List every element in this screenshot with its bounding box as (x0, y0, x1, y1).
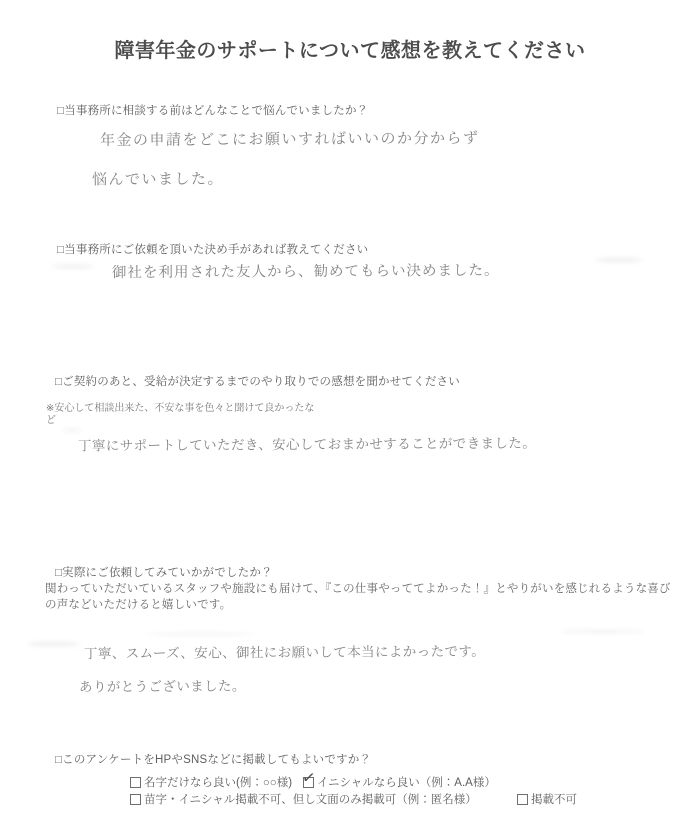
question-4-label: □実際にご依頼してみていかがでしたか？ (55, 564, 273, 580)
publish-option-no-publish: ✓ 掲載不可 (517, 791, 577, 807)
publish-option-family-name-ok: ✓ 名字だけなら良い(例：○○様) (130, 774, 292, 790)
handwritten-answer-2-line-1: 御社を利用された友人から、勧めてもらい決めました。 (112, 259, 500, 282)
question-3-note-line-2: ど (46, 411, 56, 426)
handwritten-answer-1-line-1: 年金の申請をどこにお願いすればいいのか分からず (100, 127, 480, 150)
scan-smudge (52, 264, 94, 269)
question-1-label: □当事務所に相談する前はどんなことで悩んでいましたか？ (57, 102, 368, 118)
scan-smudge (560, 629, 645, 634)
scan-smudge (145, 632, 255, 636)
scan-smudge (595, 257, 643, 263)
page-title: 障害年金のサポートについて感想を教えてください (0, 34, 700, 63)
check-icon: ✓ (301, 767, 317, 789)
question-3-label: □ご契約のあと、受給が決定するまでのやり取りでの感想を聞かせてください (55, 373, 460, 389)
checkbox: ✓ (517, 794, 528, 805)
question-2-label: □当事務所にご依頼を頂いた決め手があれば教えてください (57, 241, 368, 257)
handwritten-answer-4-line-2: ありがとうございました。 (79, 674, 246, 695)
publish-option-text-only: ✓ 苗字・イニシャル掲載不可、但し文面のみ掲載可（例：匿名様） (130, 791, 477, 807)
handwritten-answer-4-line-1: 丁寧、スムーズ、安心、御社にお願いして本当によかったです。 (84, 640, 485, 662)
publish-option-label: 掲載不可 (531, 791, 577, 807)
publish-option-label: イニシャルなら良い（例：A.A様） (317, 774, 496, 790)
scan-smudge (28, 641, 80, 647)
publish-option-initials-ok: ✓ イニシャルなら良い（例：A.A様） (303, 774, 496, 790)
question-5-label: □このアンケートをHPやSNSなどに掲載してもよいですか？ (55, 751, 371, 767)
handwritten-answer-3-line-1: 丁寧にサポートしていただき、安心しておまかせすることができました。 (78, 432, 536, 455)
handwritten-answer-1-line-2: 悩んでいました。 (92, 168, 224, 190)
question-3-note-line-1: ※安心して相談出来た、不安な事を色々と聞けて良かったな (46, 399, 314, 414)
checkbox: ✓ (130, 794, 141, 805)
publish-option-label: 名字だけなら良い(例：○○様) (144, 774, 292, 790)
publish-option-label: 苗字・イニシャル掲載不可、但し文面のみ掲載可（例：匿名様） (144, 791, 477, 807)
checkbox: ✓ (303, 777, 314, 788)
question-4-description-line-1: 関わっていただいているスタッフや施設にも届けて、『この仕事やっててよかった！』と… (45, 580, 671, 596)
checkbox: ✓ (130, 777, 141, 788)
scanned-survey-page: 障害年金のサポートについて感想を教えてください □当事務所に相談する前はどんなこ… (0, 0, 700, 826)
question-4-description-line-2: の声などいただけると嬉しいです。 (45, 596, 231, 612)
scan-smudge (62, 428, 82, 432)
